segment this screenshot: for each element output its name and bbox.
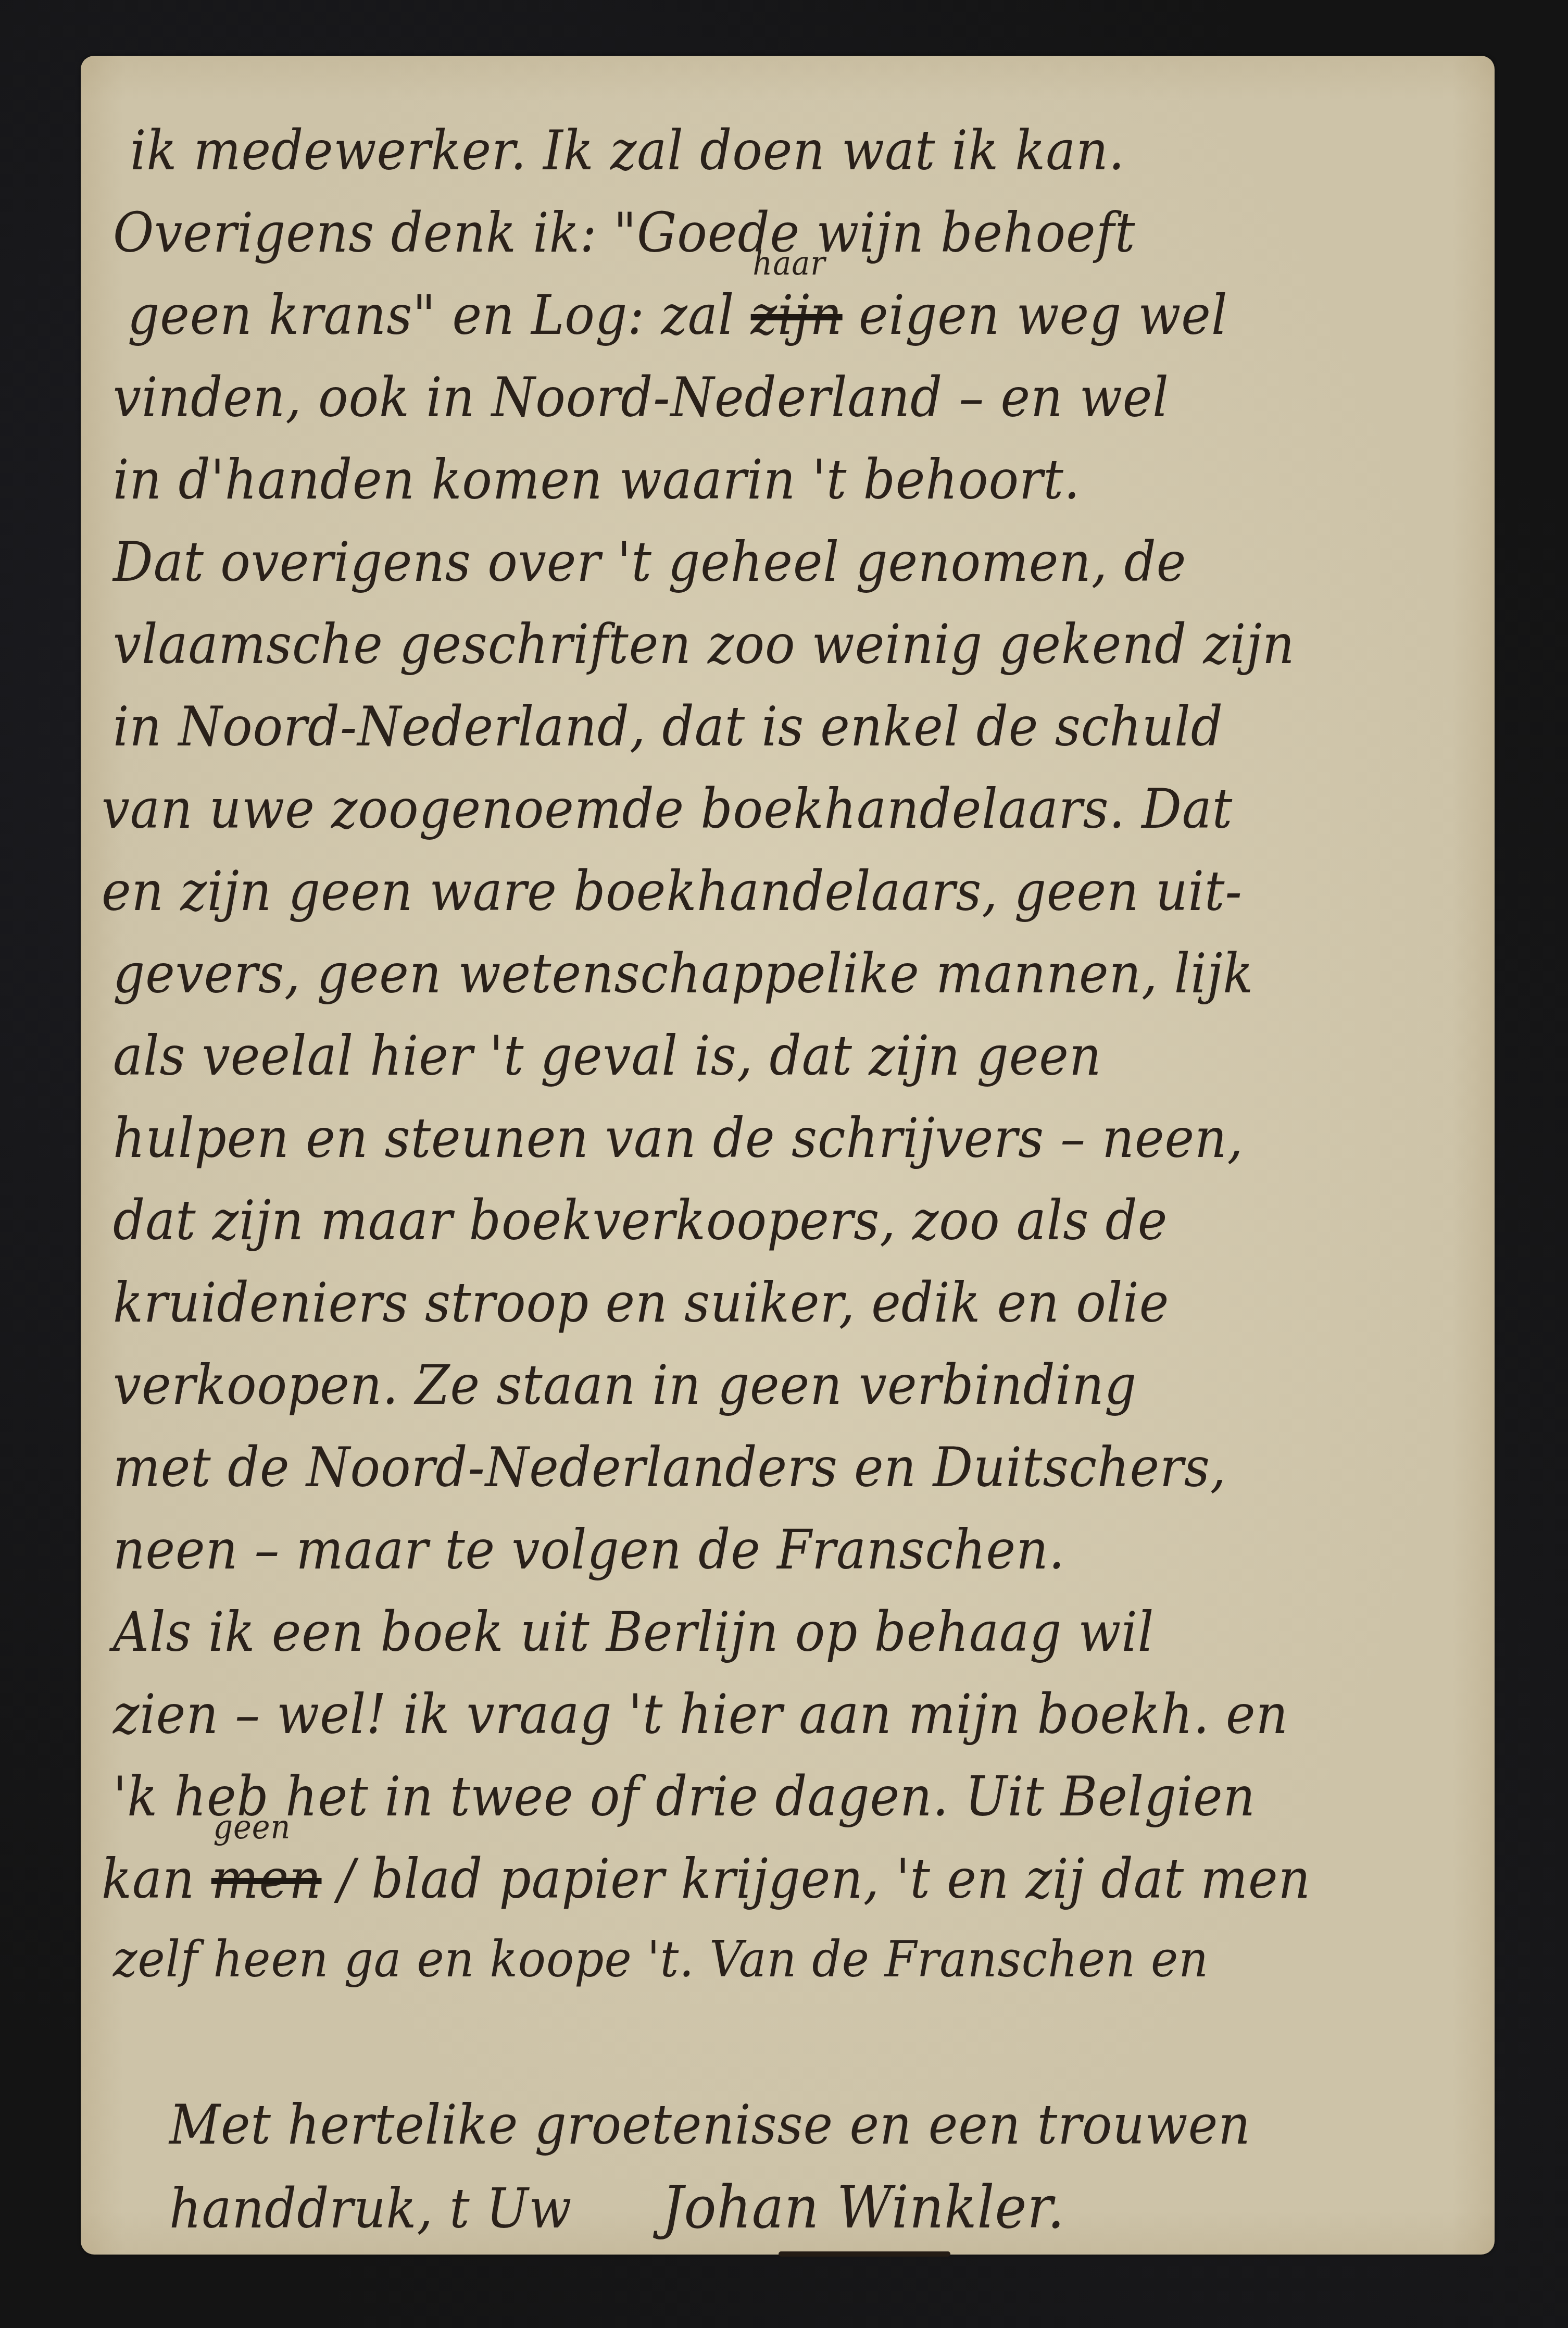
signature: Johan Winkler.: [662, 2174, 1065, 2242]
signature-underline: [779, 2251, 950, 2257]
closing-block: Met hertelike groetenisse en een trouwen…: [81, 56, 1495, 2255]
closing-text: handdruk, t Uw: [169, 2177, 572, 2240]
closing-handshake: handdruk, t Uw Johan Winkler.: [169, 2178, 1065, 2237]
closing-greeting: Met hertelike groetenisse en een trouwen: [169, 2098, 1251, 2152]
